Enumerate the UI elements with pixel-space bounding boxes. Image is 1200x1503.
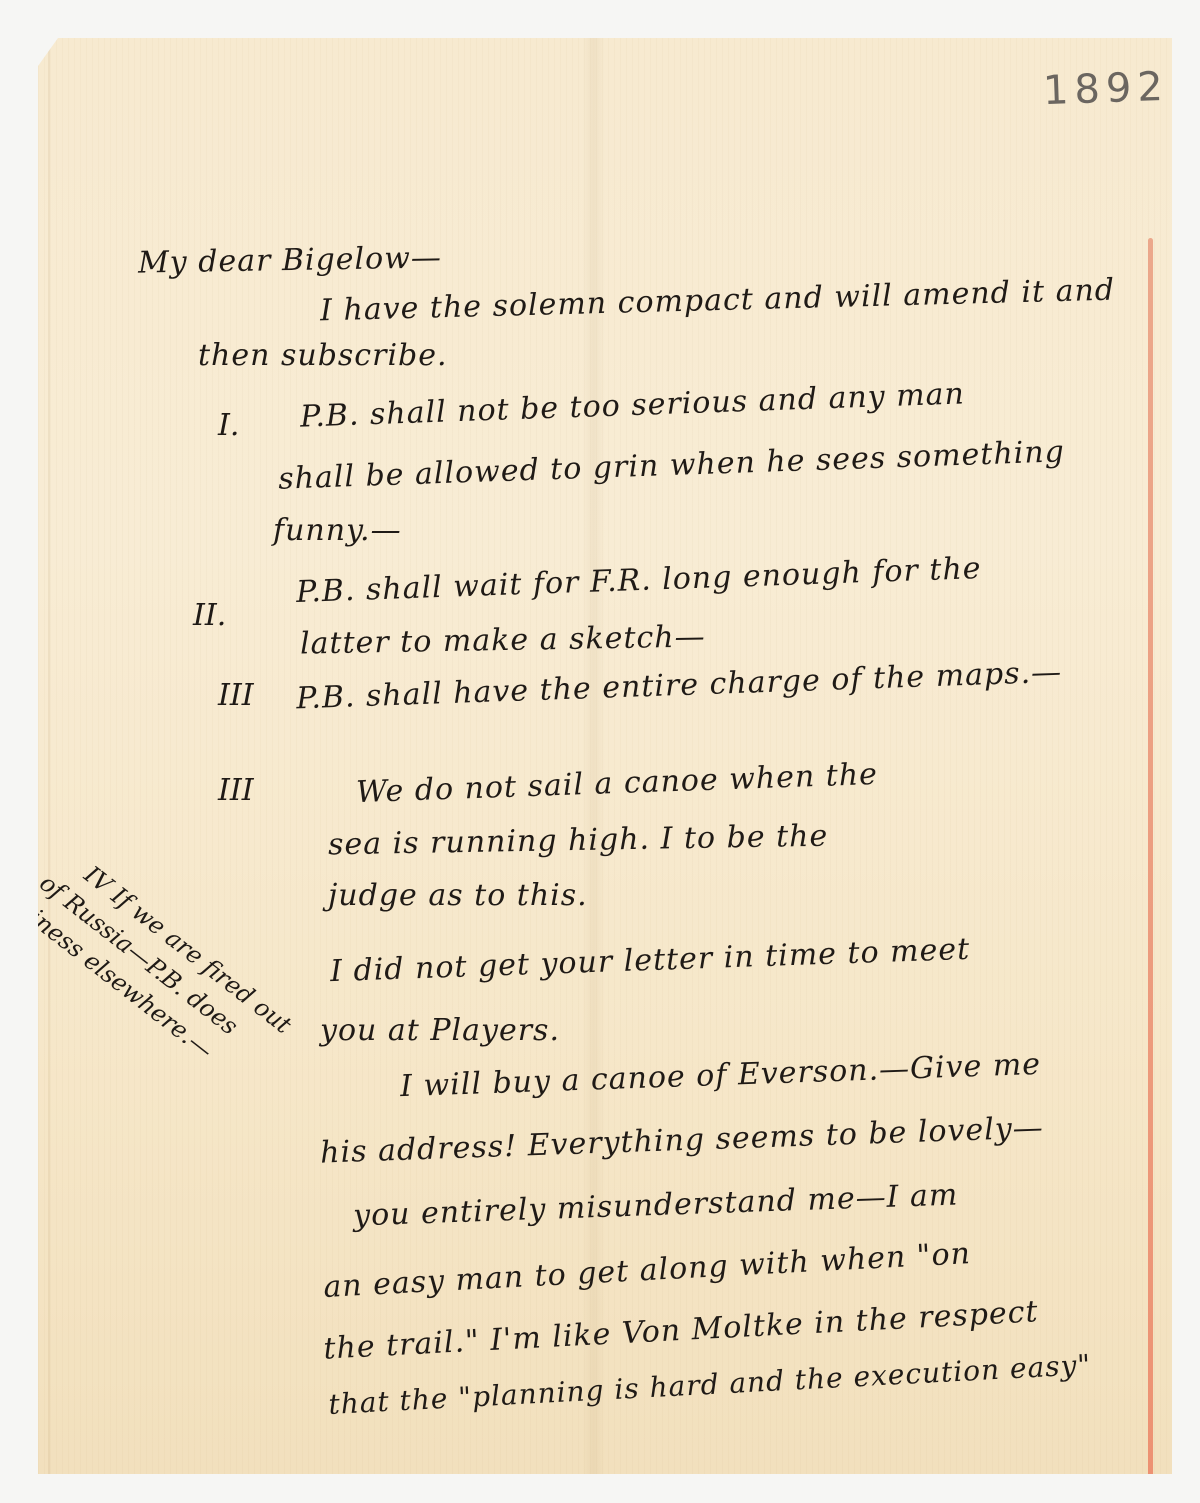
body-line: I have the solemn compact and will amend… bbox=[320, 273, 1116, 329]
item-numeral: II. bbox=[193, 598, 226, 633]
closing-line: I did not get your letter in time to mee… bbox=[330, 932, 971, 989]
body-line: then subscribe. bbox=[198, 338, 448, 373]
item-numeral: I. bbox=[218, 408, 239, 443]
item-line: We do not sail a canoe when the bbox=[356, 757, 879, 810]
margin-note-line: of Russia—P.B. does bbox=[32, 866, 277, 1068]
closing-line: I will buy a canoe of Everson.—Give me bbox=[400, 1047, 1042, 1104]
item-numeral: III bbox=[218, 678, 254, 713]
item-line: funny.— bbox=[273, 513, 402, 548]
closing-line: you entirely misunderstand me—I am bbox=[353, 1177, 959, 1233]
year-annotation: 1892 bbox=[1042, 64, 1169, 114]
closing-line: you at Players. bbox=[320, 1013, 560, 1048]
item-line: judge as to this. bbox=[328, 878, 588, 913]
item-line: P.B. shall not be too serious and any ma… bbox=[300, 376, 966, 434]
letter-page: 1892 My dear Bigelow— I have the solemn … bbox=[38, 38, 1172, 1474]
red-pencil-margin-line bbox=[1148, 238, 1153, 1478]
margin-note: IV If we are fired out of Russia—P.B. do… bbox=[35, 858, 298, 1095]
salutation: My dear Bigelow— bbox=[138, 240, 442, 280]
paper-crease bbox=[48, 38, 50, 1474]
item-line: P.B. shall have the entire charge of the… bbox=[296, 655, 1063, 717]
item-line: shall be allowed to grin when he sees so… bbox=[278, 434, 1066, 496]
item-line: P.B. shall wait for F.R. long enough for… bbox=[296, 551, 982, 610]
item-line: latter to make a sketch— bbox=[300, 619, 706, 661]
item-line: sea is running high. I to be the bbox=[328, 819, 829, 863]
closing-line: an easy man to get along with when "on bbox=[323, 1236, 972, 1305]
closing-line: his address! Everything seems to be love… bbox=[320, 1110, 1045, 1170]
item-numeral: III bbox=[218, 773, 254, 808]
